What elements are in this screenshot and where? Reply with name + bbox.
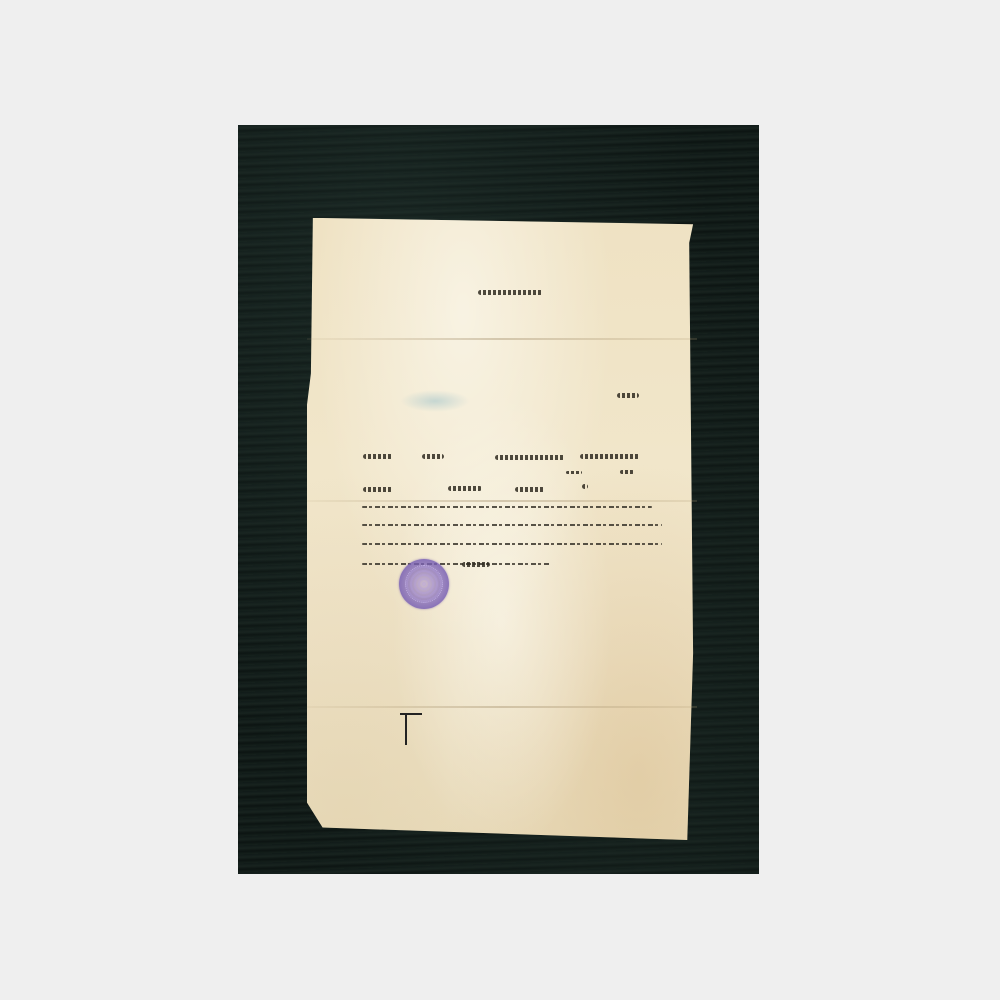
document-description: scanned historical handwritten document — [0, 0, 1, 1]
handwritten-word — [422, 454, 444, 459]
handwritten-word — [363, 454, 393, 459]
handwritten-body-line — [362, 563, 550, 565]
handwritten-word — [580, 454, 640, 459]
handwritten-body-line — [362, 524, 662, 526]
handwritten-body-line — [362, 543, 662, 545]
paper-tear — [400, 713, 422, 715]
fold-line — [307, 338, 697, 340]
document-sheet — [307, 218, 697, 840]
seal-stamp — [399, 559, 449, 609]
handwritten-header — [478, 290, 543, 295]
fold-line — [307, 706, 697, 708]
handwritten-word — [582, 484, 588, 489]
water-stain — [400, 390, 470, 412]
seal-stamp-pattern — [405, 565, 443, 603]
handwritten-salutation — [617, 393, 639, 398]
handwritten-date — [462, 562, 490, 567]
handwritten-word — [515, 487, 545, 492]
handwritten-word — [495, 455, 565, 460]
handwritten-word — [566, 471, 582, 474]
handwritten-word — [448, 486, 482, 491]
paper-tear — [405, 715, 407, 745]
handwritten-body-line — [362, 506, 652, 508]
fold-line — [307, 500, 697, 502]
handwritten-word — [363, 487, 393, 492]
handwritten-word — [620, 470, 634, 474]
